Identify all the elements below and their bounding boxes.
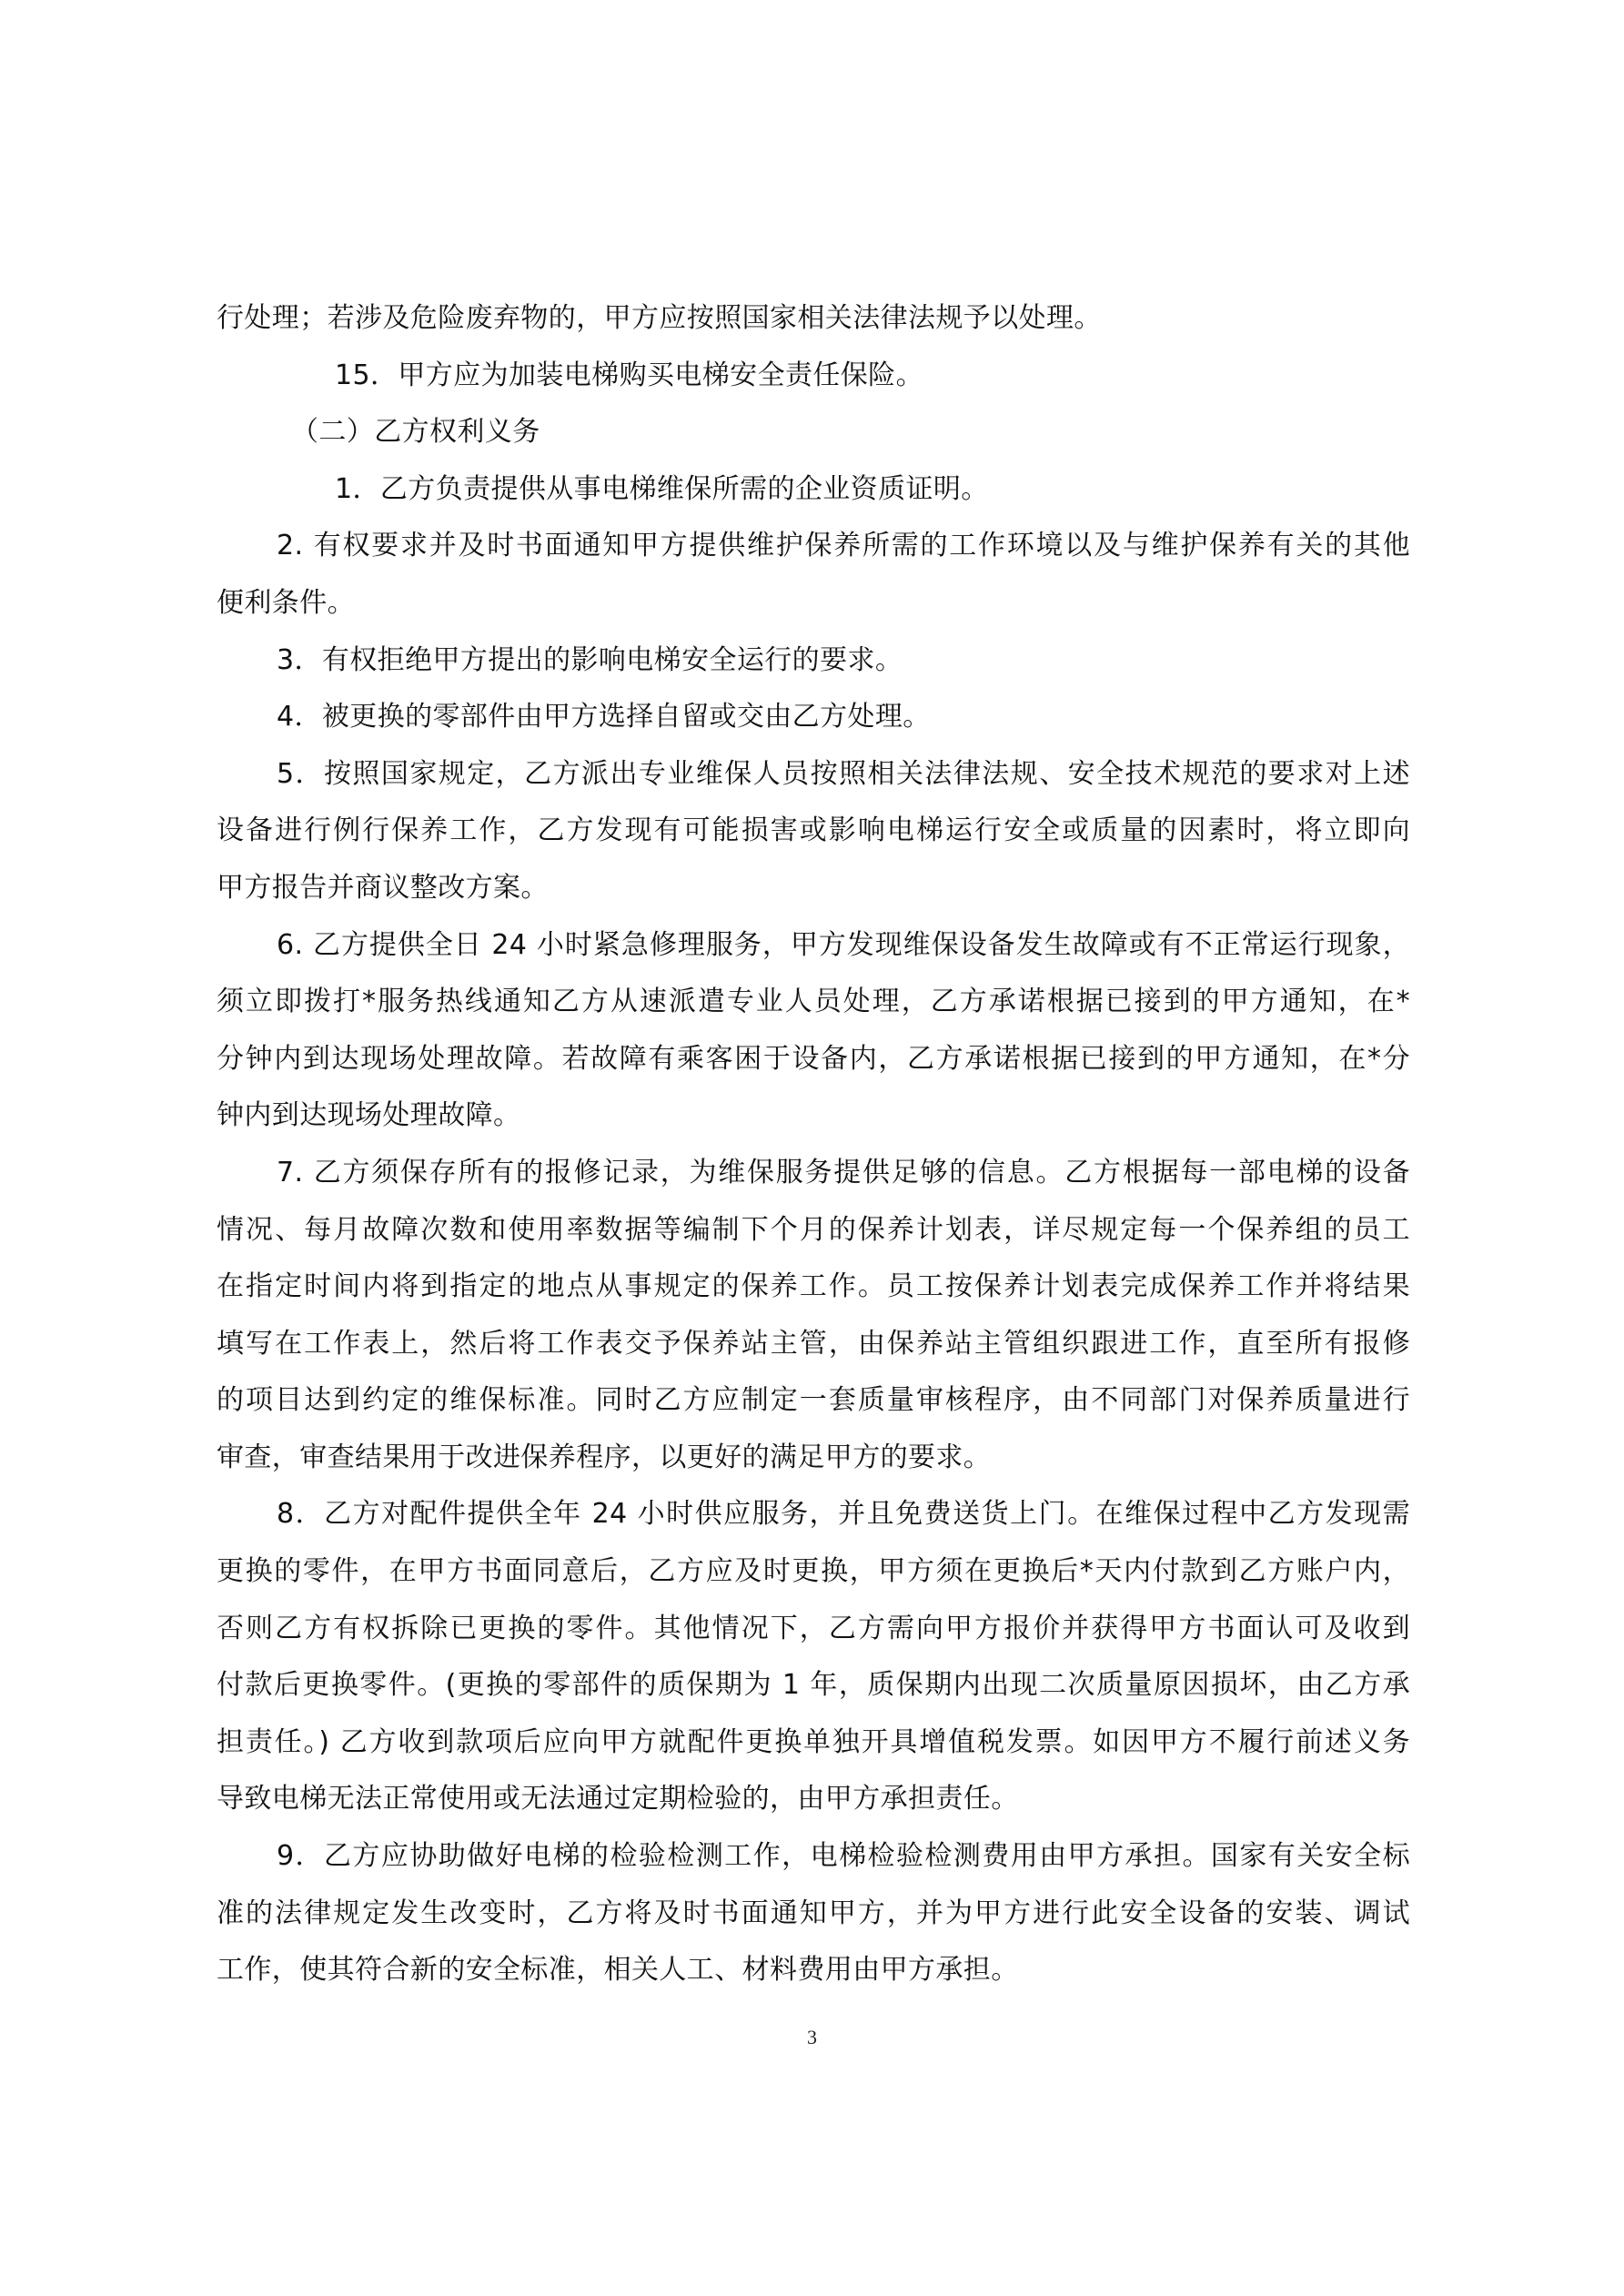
text-line: 须立即拨打*服务热线通知乙方从速派遣专业人员处理，乙方承诺根据已接到的甲方通知，… xyxy=(217,980,1410,1037)
section-heading: （二）乙方权利义务 xyxy=(217,410,1410,468)
text-line: 6. 乙方提供全日 24 小时紧急修理服务，甲方发现维保设备发生故障或有不正常运… xyxy=(217,924,1410,981)
page-number: 3 xyxy=(0,2026,1624,2049)
text-line: 导致电梯无法正常使用或无法通过定期检验的，由甲方承担责任。 xyxy=(217,1777,1410,1835)
text-line: 3．有权拒绝甲方提出的影响电梯安全运行的要求。 xyxy=(217,639,1410,696)
text-line: 5．按照国家规定，乙方派出专业维保人员按照相关法律法规、安全技术规范的要求对上述 xyxy=(217,753,1410,810)
text-line: 更换的零件，在甲方书面同意后，乙方应及时更换，甲方须在更换后*天内付款到乙方账户… xyxy=(217,1550,1410,1607)
document-body: 行处理；若涉及危险废弃物的，甲方应按照国家相关法律法规予以处理。15．甲方应为加… xyxy=(217,297,1410,2006)
text-line: 工作，使其符合新的安全标准，相关人工、材料费用由甲方承担。 xyxy=(217,1948,1410,2006)
text-line: 的项目达到约定的维保标准。同时乙方应制定一套质量审核程序，由不同部门对保养质量进… xyxy=(217,1379,1410,1436)
text-line: 1．乙方负责提供从事电梯维保所需的企业资质证明。 xyxy=(217,468,1410,525)
text-line: 8．乙方对配件提供全年 24 小时供应服务，并且免费送货上门。在维保过程中乙方发… xyxy=(217,1492,1410,1550)
text-line: 审查，审查结果用于改进保养程序，以更好的满足甲方的要求。 xyxy=(217,1436,1410,1493)
text-line: 准的法律规定发生改变时，乙方将及时书面通知甲方，并为甲方进行此安全设备的安装、调… xyxy=(217,1892,1410,1949)
text-line: 填写在工作表上，然后将工作表交予保养站主管，由保养站主管组织跟进工作，直至所有报… xyxy=(217,1322,1410,1380)
text-line: 甲方报告并商议整改方案。 xyxy=(217,866,1410,924)
text-line: 15．甲方应为加装电梯购买电梯安全责任保险。 xyxy=(217,354,1410,411)
text-line: 情况、每月故障次数和使用率数据等编制下个月的保养计划表，详尽规定每一个保养组的员… xyxy=(217,1209,1410,1266)
text-line: 在指定时间内将到指定的地点从事规定的保养工作。员工按保养计划表完成保养工作并将结… xyxy=(217,1265,1410,1322)
text-line: 否则乙方有权拆除已更换的零件。其他情况下，乙方需向甲方报价并获得甲方书面认可及收… xyxy=(217,1607,1410,1664)
text-line: 行处理；若涉及危险废弃物的，甲方应按照国家相关法律法规予以处理。 xyxy=(217,297,1410,354)
text-line: 分钟内到达现场处理故障。若故障有乘客困于设备内，乙方承诺根据已接到的甲方通知，在… xyxy=(217,1037,1410,1095)
text-line: 便利条件。 xyxy=(217,582,1410,639)
text-line: 9．乙方应协助做好电梯的检验检测工作，电梯检验检测费用由甲方承担。国家有关安全标 xyxy=(217,1835,1410,1892)
text-line: 4．被更换的零部件由甲方选择自留或交由乙方处理。 xyxy=(217,695,1410,753)
text-line: 设备进行例行保养工作，乙方发现有可能损害或影响电梯运行安全或质量的因素时，将立即… xyxy=(217,809,1410,866)
text-line: 付款后更换零件。(更换的零部件的质保期为 1 年，质保期内出现二次质量原因损坏，… xyxy=(217,1664,1410,1721)
text-line: 钟内到达现场处理故障。 xyxy=(217,1094,1410,1151)
text-line: 担责任。) 乙方收到款项后应向甲方就配件更换单独开具增值税发票。如因甲方不履行前… xyxy=(217,1721,1410,1778)
document-page: 行处理；若涉及危险废弃物的，甲方应按照国家相关法律法规予以处理。15．甲方应为加… xyxy=(0,0,1624,2296)
text-line: 7. 乙方须保存所有的报修记录，为维保服务提供足够的信息。乙方根据每一部电梯的设… xyxy=(217,1151,1410,1209)
text-line: 2. 有权要求并及时书面通知甲方提供维护保养所需的工作环境以及与维护保养有关的其… xyxy=(217,524,1410,582)
